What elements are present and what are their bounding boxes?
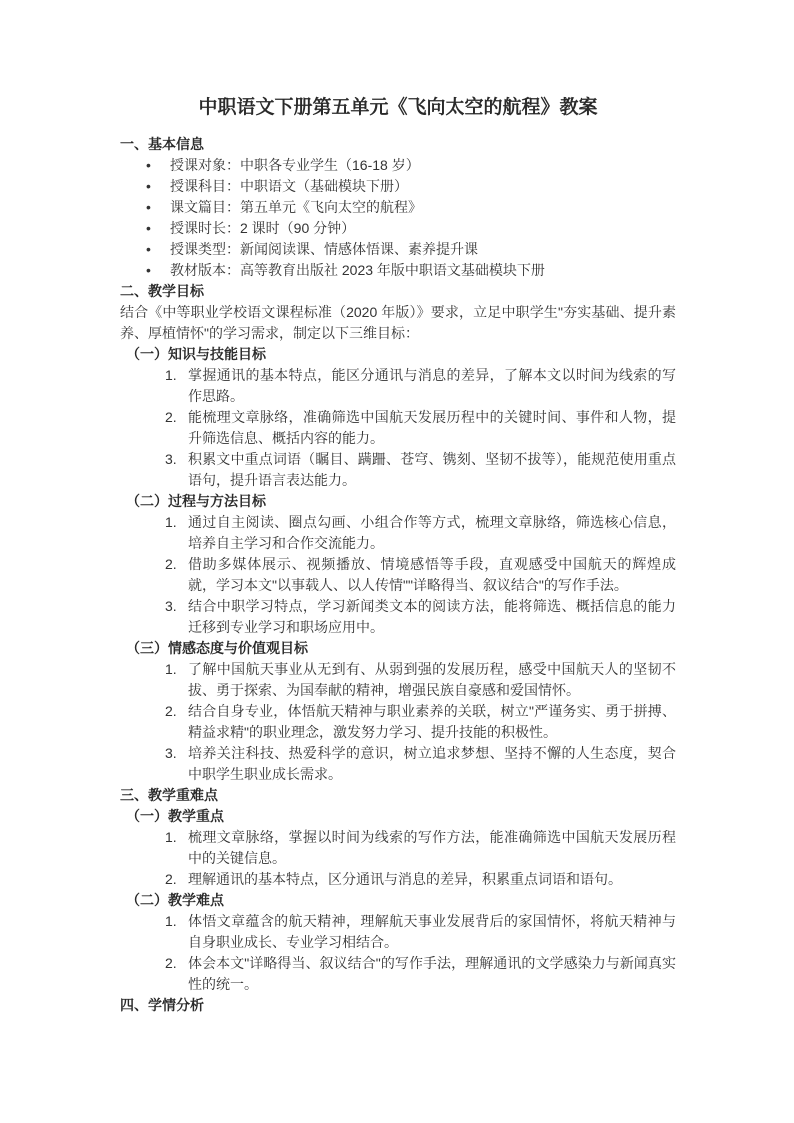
bullet-icon: • [146,218,151,239]
subsection-heading-emotion-values: （三）情感态度与价值观目标 [120,638,676,659]
subsection-heading-difficult-points: （二）教学难点 [120,890,676,911]
list-item: 了解中国航天事业从无到有、从弱到强的发展历程，感受中国航天人的坚韧不拔、勇于探索… [120,659,676,701]
emotion-values-list: 了解中国航天事业从无到有、从弱到强的发展历程，感受中国航天人的坚韧不拔、勇于探索… [120,659,676,785]
list-item: 梳理文章脉络，掌握以时间为线索的写作方法，能准确筛选中国航天发展历程中的关键信息… [120,827,676,869]
list-item: 体悟文章蕴含的航天精神，理解航天事业发展背后的家国情怀，将航天精神与自身职业成长… [120,911,676,953]
list-item-text: 授课科目：中职语文（基础模块下册） [170,178,408,194]
bullet-icon: • [146,176,151,197]
list-item: •课文篇目：第五单元《飞向太空的航程》 [120,197,676,218]
difficult-points-list: 体悟文章蕴含的航天精神，理解航天事业发展背后的家国情怀，将航天精神与自身职业成长… [120,911,676,995]
list-item-text: 教材版本：高等教育出版社 2023 年版中职语文基础模块下册 [170,262,545,278]
list-item: 结合中职学习特点，学习新闻类文本的阅读方法，能将筛选、概括信息的能力迁移到专业学… [120,596,676,638]
section-heading-teaching-goals: 二、教学目标 [120,281,676,302]
list-item: 体会本文"详略得当、叙议结合"的写作手法，理解通讯的文学感染力与新闻真实性的统一… [120,953,676,995]
key-points-list: 梳理文章脉络，掌握以时间为线索的写作方法，能准确筛选中国航天发展历程中的关键信息… [120,827,676,890]
list-item: 能梳理文章脉络，准确筛选中国航天发展历程中的关键时间、事件和人物，提升筛选信息、… [120,407,676,449]
page-title: 中职语文下册第五单元《飞向太空的航程》教案 [120,94,676,121]
list-item: •授课时长：2 课时（90 分钟） [120,218,676,239]
list-item: 培养关注科技、热爱科学的意识，树立追求梦想、坚持不懈的人生态度，契合中职学生职业… [120,743,676,785]
list-item-text: 授课类型：新闻阅读课、情感体悟课、素养提升课 [170,241,478,257]
bullet-icon: • [146,239,151,260]
subsection-heading-knowledge-skills: （一）知识与技能目标 [120,344,676,365]
list-item: 理解通讯的基本特点，区分通讯与消息的差异，积累重点词语和语句。 [120,869,676,890]
bullet-icon: • [146,197,151,218]
list-item-text: 授课对象：中职各专业学生（16-18 岁） [170,157,420,173]
list-item: •授课类型：新闻阅读课、情感体悟课、素养提升课 [120,239,676,260]
list-item-text: 授课时长：2 课时（90 分钟） [170,220,355,236]
section-heading-basic-info: 一、基本信息 [120,134,676,155]
bullet-icon: • [146,260,151,281]
list-item: 结合自身专业，体悟航天精神与职业素养的关联，树立"严谨务实、勇于拼搏、精益求精"… [120,701,676,743]
list-item: 积累文中重点词语（瞩目、蹒跚、苍穹、镌刻、坚韧不拔等），能规范使用重点语句，提升… [120,449,676,491]
subsection-heading-process-method: （二）过程与方法目标 [120,491,676,512]
list-item: •教材版本：高等教育出版社 2023 年版中职语文基础模块下册 [120,260,676,281]
bullet-icon: • [146,155,151,176]
list-item: 借助多媒体展示、视频播放、情境感悟等手段，直观感受中国航天的辉煌成就，学习本文"… [120,554,676,596]
list-item-text: 课文篇目：第五单元《飞向太空的航程》 [170,199,422,215]
list-item: 掌握通讯的基本特点，能区分通讯与消息的差异，了解本文以时间为线索的写作思路。 [120,365,676,407]
list-item: •授课对象：中职各专业学生（16-18 岁） [120,155,676,176]
subsection-heading-key-points: （一）教学重点 [120,806,676,827]
document-page: 中职语文下册第五单元《飞向太空的航程》教案 一、基本信息 •授课对象：中职各专业… [0,0,794,1123]
basic-info-list: •授课对象：中职各专业学生（16-18 岁） •授课科目：中职语文（基础模块下册… [120,155,676,281]
list-item: 通过自主阅读、圈点勾画、小组合作等方式，梳理文章脉络，筛选核心信息，培养自主学习… [120,512,676,554]
list-item: •授课科目：中职语文（基础模块下册） [120,176,676,197]
section-heading-learner-analysis: 四、学情分析 [120,995,676,1016]
process-method-list: 通过自主阅读、圈点勾画、小组合作等方式，梳理文章脉络，筛选核心信息，培养自主学习… [120,512,676,638]
teaching-goals-intro: 结合《中等职业学校语文课程标准（2020 年版）》要求，立足中职学生"夯实基础、… [120,302,676,344]
knowledge-skills-list: 掌握通讯的基本特点，能区分通讯与消息的差异，了解本文以时间为线索的写作思路。 能… [120,365,676,491]
section-heading-key-difficult-points: 三、教学重难点 [120,785,676,806]
